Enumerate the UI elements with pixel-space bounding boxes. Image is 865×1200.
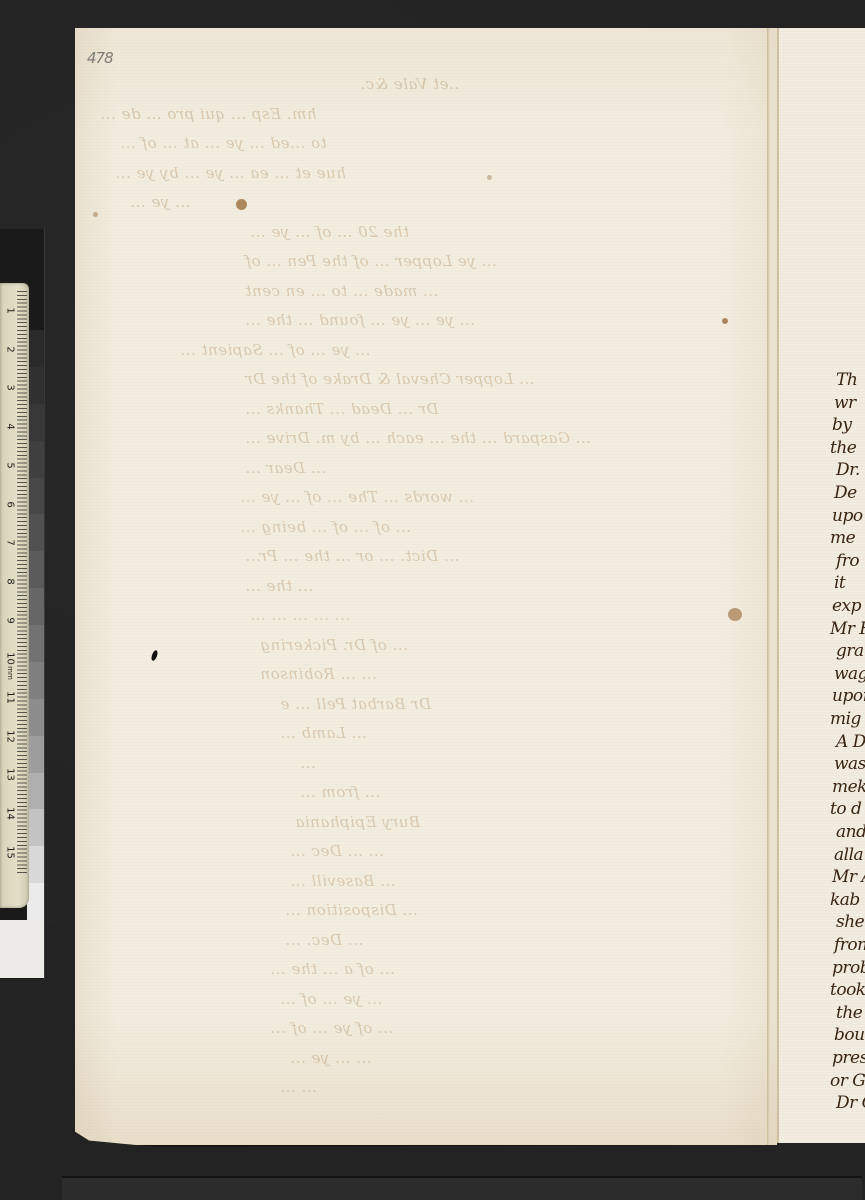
calibration-card-white-patch [0, 920, 44, 978]
bleed-through-line: ... made ... to ... en cent [245, 282, 438, 300]
ruler-label: 12 [5, 729, 16, 743]
facing-page-line: and [836, 822, 865, 842]
facing-page-line: mek [832, 777, 865, 797]
bleed-through-line: Dr ... Dead ... Thanks ... [245, 400, 438, 418]
mounting-board [62, 1176, 862, 1200]
facing-page-line: A D [836, 732, 865, 752]
gray-step [27, 773, 44, 810]
facing-page-line: fro [836, 551, 859, 571]
ruler-label: 6 [5, 497, 16, 511]
bleed-through-line: ... of ... of ... being ... [240, 518, 411, 536]
facing-page-line: alla [834, 845, 863, 865]
bleed-through-line: Bury Epiphania [295, 813, 420, 831]
ruler-label: 8 [5, 574, 16, 588]
facing-page-line: by [832, 415, 852, 435]
measurement-ruler: 123456789101112131415mm [0, 283, 29, 908]
bleed-through-line: ... Dec. ... [285, 931, 363, 949]
facing-page-line: wag [834, 664, 865, 684]
facing-page-line: Mr A [832, 867, 865, 887]
ruler-label: 10 [5, 652, 16, 666]
bleed-through-line: the 20 ... of ... ye ... [250, 223, 409, 241]
ruler-unit: mm [6, 666, 14, 680]
gray-step [27, 846, 44, 883]
facing-page-line: took [830, 980, 865, 1000]
bleed-through-line: ... Dict. ... or ... the ... Pr... [245, 547, 459, 565]
bleed-through-line: ... ... Dec ... [290, 842, 384, 860]
gray-step [27, 883, 44, 920]
gray-step [27, 478, 44, 515]
ruler-label: 2 [5, 342, 16, 356]
bleed-through-line: hue et ... ea ... ye ... by ye ... [115, 164, 346, 182]
bleed-through-line: ... Dear ... [245, 459, 326, 477]
bleed-through-line: ..et Vale &c. [360, 75, 459, 93]
ink-stain [728, 608, 742, 621]
bleed-through-line: ... ye ... of ... [280, 990, 382, 1008]
facing-page-line: was [834, 754, 865, 774]
facing-page-line: boun [834, 1025, 865, 1045]
bleed-through-line: ... ye ... ye ... found ... the ... [245, 311, 475, 329]
facing-page-line: Dr G [836, 1093, 865, 1113]
facing-page-line: mig [830, 709, 861, 729]
bleed-through-line: ... Lopper Cheval & Drake of the Dr [245, 370, 534, 388]
bleed-through-line: ... ye Lopper ... of the Pen ... of [245, 252, 497, 270]
gray-step [27, 404, 44, 441]
bleed-through-line: ... ... ye ... [290, 1049, 372, 1067]
bleed-through-line: ... of Dr. Pickering [260, 636, 408, 654]
facing-page-line: Dr. [836, 460, 860, 480]
ruler-label: 5 [5, 458, 16, 472]
facing-page-line: De [834, 483, 857, 503]
bleed-through-line: hm. Esp ... qui pro ... de ... [100, 105, 317, 123]
bleed-through-line: ... ... ... ... ... [250, 606, 350, 624]
bleed-through-line: ... the ... [245, 577, 313, 595]
ruler-label: 11 [5, 691, 16, 705]
facing-page-line: or G [830, 1071, 865, 1091]
facing-page-line: Th [836, 370, 857, 390]
ruler-ticks [17, 291, 27, 876]
facing-page-line: from [834, 935, 865, 955]
ruler-label: 4 [5, 420, 16, 434]
facing-page-line: kab [830, 890, 860, 910]
bleed-through-line: ... Lamb ... [280, 724, 367, 742]
bleed-through-line: ... words ... The ... of ... ye ... [240, 488, 474, 506]
ruler-label: 14 [5, 807, 16, 821]
facing-page-line: shew [836, 912, 865, 932]
facing-page-line: the [830, 438, 856, 458]
gray-step [27, 809, 44, 846]
bleed-through-line: ... of ye ... of ... [270, 1019, 393, 1037]
ruler-label: 13 [5, 768, 16, 782]
facing-page-line: it [834, 573, 845, 593]
ink-stain [487, 175, 492, 180]
bleed-through-line: ... from ... [300, 783, 380, 801]
bleed-through-line: ... Gaspard ... the ... each ... by m. D… [245, 429, 591, 447]
gray-step [27, 551, 44, 588]
gray-step [27, 625, 44, 662]
bleed-through-line: ... of a ... the ... [270, 960, 395, 978]
bleed-through-line: ... Disposition ... [285, 901, 418, 919]
bleed-through-line: ... ye ... of ... Sapient ... [180, 341, 370, 359]
page-fold-edge [767, 28, 770, 1145]
gray-step [27, 514, 44, 551]
bleed-through-line: ... ye ... [130, 193, 191, 211]
gray-step [27, 662, 44, 699]
facing-page-line: upon [832, 686, 865, 706]
bleed-through-line: Dr Barbat Pell ... e [280, 695, 431, 713]
bleed-through-line: ... ... [280, 1078, 317, 1096]
facing-page-line: me [830, 528, 855, 548]
bleed-through-line: ... ... Robinson [260, 665, 377, 683]
facing-page-line: pres [832, 1048, 865, 1068]
gray-step [27, 367, 44, 404]
grayscale-calibration-strip [27, 330, 44, 920]
ruler-label: 15 [5, 845, 16, 859]
facing-page-line: upo [832, 506, 863, 526]
ruler-label: 9 [5, 613, 16, 627]
facing-page-line: to d [830, 799, 861, 819]
facing-page-line: gra [836, 641, 864, 661]
folio-number: 478 [87, 49, 113, 67]
ink-stain [236, 199, 247, 210]
facing-page-line: Mr F [830, 619, 865, 639]
ink-stain [93, 212, 98, 217]
facing-page-line: wr [834, 393, 856, 413]
gray-step [27, 699, 44, 736]
bleed-through-line: ... Basevill ... [290, 872, 396, 890]
facing-page-line: the f [836, 1003, 865, 1023]
ruler-label: 7 [5, 536, 16, 550]
gray-step [27, 588, 44, 625]
gray-step [27, 330, 44, 367]
gray-step [27, 736, 44, 773]
ink-stain [722, 318, 728, 324]
bleed-through-line: ... [300, 754, 316, 772]
facing-page-line: exp [832, 596, 861, 616]
gray-step [27, 441, 44, 478]
bleed-through-line: to ...ed ... ye ... at ... of ... [120, 134, 327, 152]
facing-page-line: prob [832, 958, 865, 978]
ruler-label: 3 [5, 381, 16, 395]
ruler-label: 1 [5, 304, 16, 318]
